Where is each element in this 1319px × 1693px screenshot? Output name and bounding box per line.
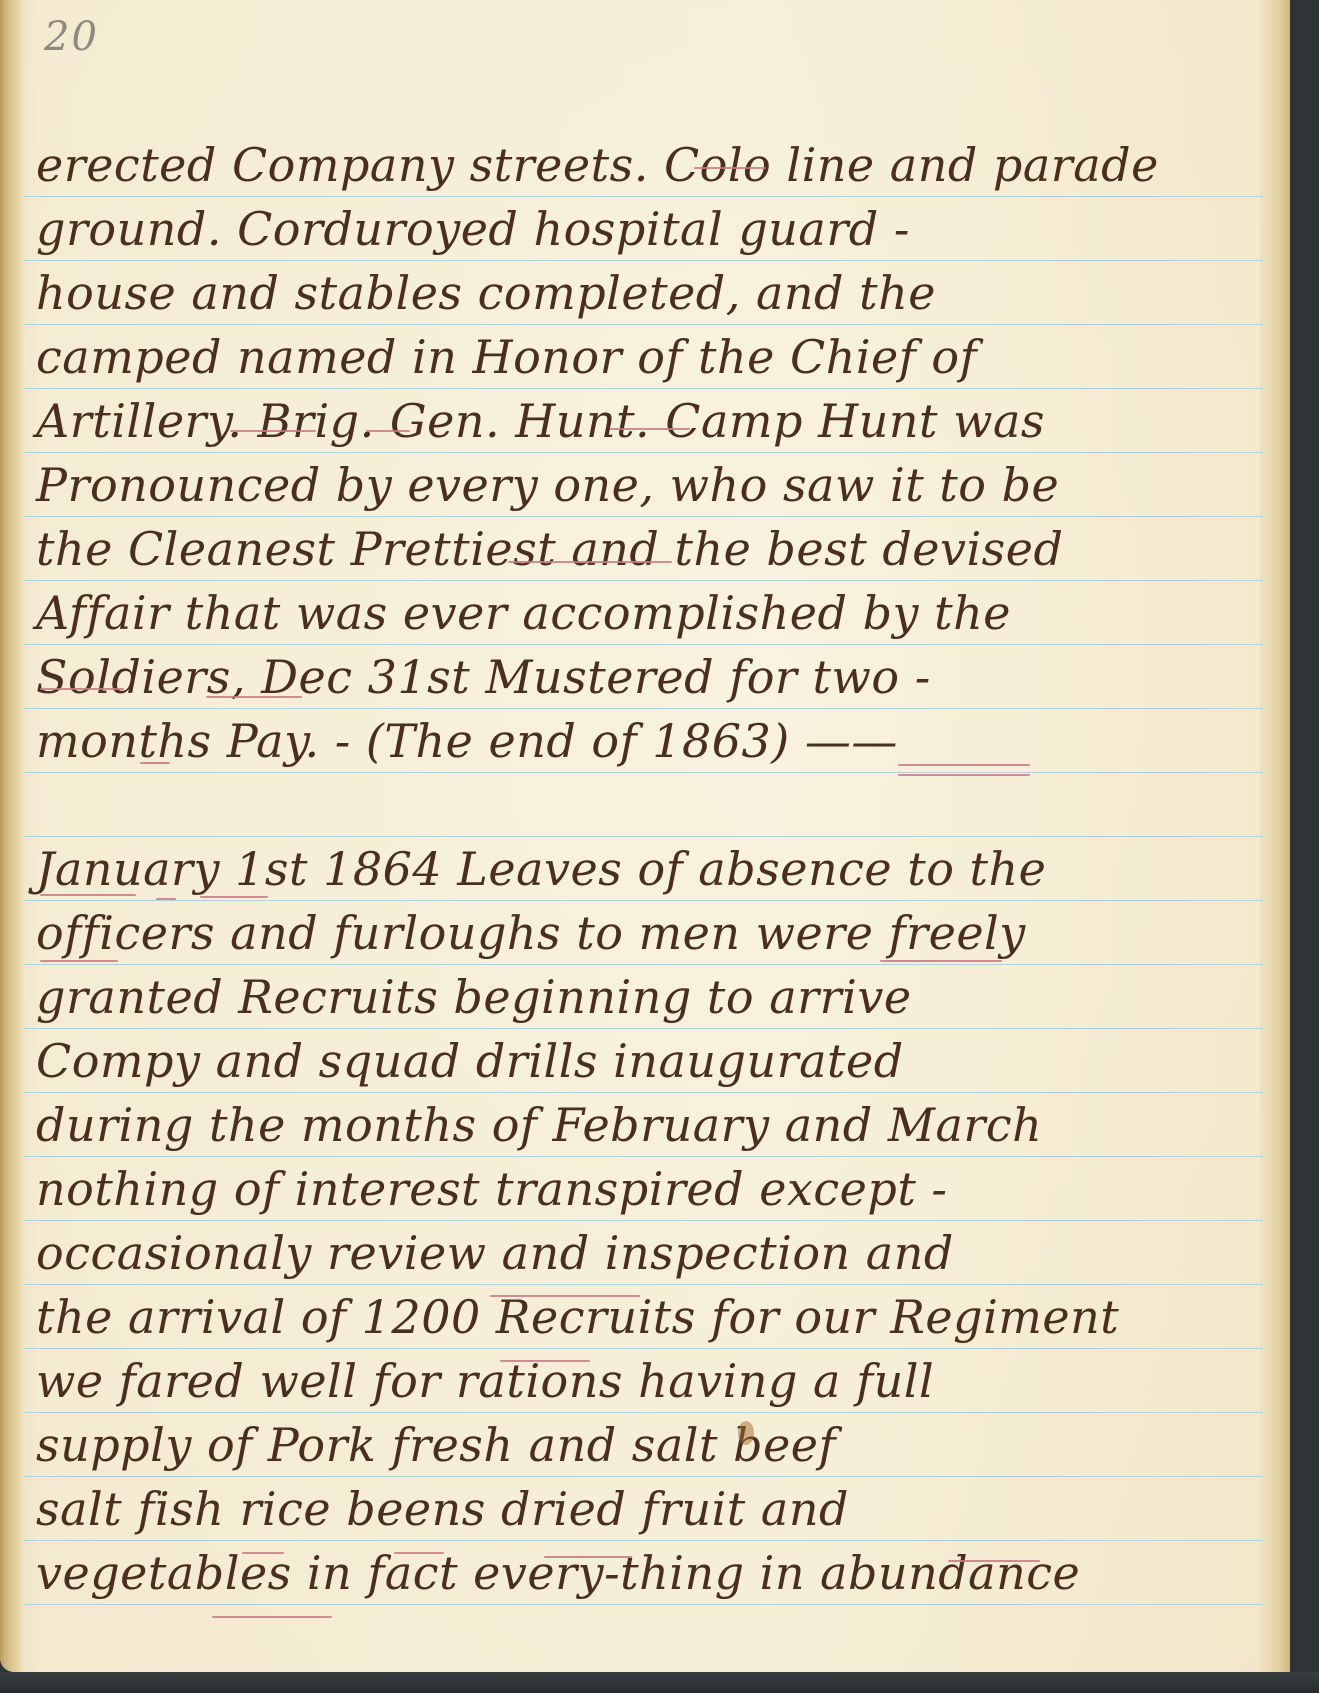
ruled-line [24, 1348, 1262, 1349]
ruled-line [24, 708, 1262, 709]
scanned-document: 20 erected Company streets. Colo line an… [0, 0, 1319, 1693]
ruled-line [24, 324, 1262, 325]
page-binding [0, 0, 24, 1672]
red-underline [40, 688, 124, 690]
red-underline [156, 898, 176, 900]
red-underline [490, 1295, 640, 1297]
red-underline [394, 1552, 444, 1554]
ruled-line [24, 580, 1262, 581]
text-line: we fared well for rations having a full [36, 1354, 934, 1408]
ruled-line [24, 1604, 1262, 1605]
text-line: erected Company streets. Colo line and p… [36, 138, 1159, 192]
next-page-edge [1260, 0, 1290, 1672]
ruled-line [24, 1028, 1262, 1029]
text-line: officers and furloughs to men were freel… [36, 906, 1026, 960]
ruled-line [24, 260, 1262, 261]
text-line: Pronounced by every one, who saw it to b… [36, 458, 1059, 512]
text-line: Compy and squad drills inaugurated [36, 1034, 904, 1088]
text-line: Artillery. Brig. Gen. Hunt. Camp Hunt wa… [36, 394, 1045, 448]
text-line: supply of Pork fresh and salt beef [36, 1418, 836, 1472]
red-underline [230, 430, 316, 432]
text-line: house and stables completed, and the [36, 266, 936, 320]
text-line: January 1st 1864 Leaves of absence to th… [36, 842, 1046, 896]
text-line: salt fish rice beens dried fruit and [36, 1482, 849, 1536]
ruled-line [24, 836, 1262, 837]
red-underline [694, 167, 766, 169]
ruled-line [24, 644, 1262, 645]
ruled-line [24, 1156, 1262, 1157]
red-underline [206, 696, 302, 698]
red-underline [366, 430, 410, 432]
ruled-line [24, 452, 1262, 453]
diary-page: 20 erected Company streets. Colo line an… [0, 0, 1290, 1672]
text-line: the Cleanest Prettiest and the best devi… [36, 522, 1063, 576]
red-underline [242, 1552, 284, 1554]
ruled-line [24, 388, 1262, 389]
text-line: Affair that was ever accomplished by the [36, 586, 1011, 640]
ruled-line [24, 1284, 1262, 1285]
ruled-line [24, 1476, 1262, 1477]
red-underline [140, 762, 170, 764]
ruled-line [24, 900, 1262, 901]
ink-stain [738, 1421, 754, 1445]
red-underline [40, 894, 136, 896]
ruled-line [24, 1412, 1262, 1413]
red-underline [508, 561, 672, 563]
ruled-line [24, 196, 1262, 197]
text-line: months Pay. - (The end of 1863) —— [36, 714, 898, 768]
red-underline [200, 896, 268, 898]
red-underline [500, 1360, 590, 1362]
red-underline [898, 764, 1030, 766]
book-cover-edge [0, 1672, 1319, 1693]
red-underline [898, 774, 1030, 776]
text-line: ground. Corduroyed hospital guard - [36, 202, 910, 256]
red-underline [880, 960, 1002, 962]
red-underline [948, 1560, 1040, 1562]
red-underline [40, 960, 118, 962]
ruled-line [24, 1220, 1262, 1221]
ruled-line [24, 1540, 1262, 1541]
text-line: occasionaly review and inspection and [36, 1226, 954, 1280]
red-underline [212, 1616, 332, 1618]
ruled-line [24, 516, 1262, 517]
ruled-line [24, 964, 1262, 965]
text-line: the arrival of 1200 Recruits for our Reg… [36, 1290, 1119, 1344]
page-number: 20 [44, 14, 99, 60]
text-line: granted Recruits beginning to arrive [36, 970, 912, 1024]
text-line: during the months of February and March [36, 1098, 1042, 1152]
text-line: camped named in Honor of the Chief of [36, 330, 977, 384]
text-line: vegetables in fact every-thing in abunda… [36, 1546, 1080, 1600]
text-line: Soldiers, Dec 31st Mustered for two - [36, 650, 931, 704]
ruled-line [24, 1092, 1262, 1093]
ruled-line [24, 772, 1262, 773]
red-underline [544, 1556, 632, 1558]
text-line: nothing of interest transpired except - [36, 1162, 947, 1216]
red-underline [610, 428, 690, 430]
